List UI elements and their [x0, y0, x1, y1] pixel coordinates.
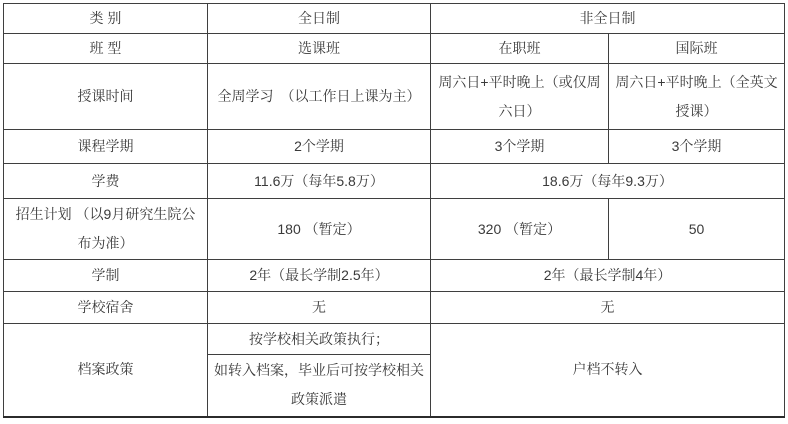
duration-part-time-cell: 2年（最长学制4年） — [431, 260, 785, 292]
dormitory-label: 学校宿舍 — [4, 292, 208, 324]
archives-label: 档案政策 — [4, 324, 208, 417]
category-label: 类 别 — [4, 4, 208, 34]
schedule-international-cell: 周六日+平时晚上（全英文授课） — [609, 64, 785, 130]
schedule-full-time-cell: 全周学习 （以工作日上课为主） — [208, 64, 431, 130]
row-tuition: 学费 11.6万（每年5.8万） 18.6万（每年9.3万） — [4, 164, 785, 199]
enrollment-on-job-cell: 320 （暂定） — [431, 199, 609, 260]
tuition-part-time-cell: 18.6万（每年9.3万） — [431, 164, 785, 199]
row-enrollment: 招生计划 （以9月研究生院公布为准） 180 （暂定） 320 （暂定） 50 — [4, 199, 785, 260]
duration-label: 学制 — [4, 260, 208, 292]
duration-full-time-cell: 2年（最长学制2.5年） — [208, 260, 431, 292]
row-duration: 学制 2年（最长学制2.5年） 2年（最长学制4年） — [4, 260, 785, 292]
semesters-label: 课程学期 — [4, 130, 208, 164]
archives-full-time-policy-2-cell: 如转入档案，毕业后可按学校相关政策派遣 — [208, 355, 431, 417]
class-type-on-job-cell: 在职班 — [431, 34, 609, 64]
class-type-international-cell: 国际班 — [609, 34, 785, 64]
row-class-type: 班 型 选课班 在职班 国际班 — [4, 34, 785, 64]
row-dormitory: 学校宿舍 无 无 — [4, 292, 785, 324]
schedule-label: 授课时间 — [4, 64, 208, 130]
enrollment-full-time-cell: 180 （暂定） — [208, 199, 431, 260]
schedule-on-job-cell: 周六日+平时晚上（或仅周六日） — [431, 64, 609, 130]
category-part-time-cell: 非全日制 — [431, 4, 785, 34]
row-schedule: 授课时间 全周学习 （以工作日上课为主） 周六日+平时晚上（或仅周六日） 周六日… — [4, 64, 785, 130]
class-type-elective-cell: 选课班 — [208, 34, 431, 64]
archives-full-time-policy-1-cell: 按学校相关政策执行； — [208, 324, 431, 355]
archives-part-time-cell: 户档不转入 — [431, 324, 785, 417]
row-category: 类 别 全日制 非全日制 — [4, 4, 785, 34]
enrollment-international-cell: 50 — [609, 199, 785, 260]
row-archives-1: 档案政策 按学校相关政策执行； 户档不转入 — [4, 324, 785, 355]
class-type-label: 班 型 — [4, 34, 208, 64]
program-comparison-table: 类 别 全日制 非全日制 班 型 选课班 在职班 国际班 授课时间 全周学习 （… — [3, 3, 785, 418]
row-semesters: 课程学期 2个学期 3个学期 3个学期 — [4, 130, 785, 164]
dormitory-full-time-cell: 无 — [208, 292, 431, 324]
enrollment-label: 招生计划 （以9月研究生院公布为准） — [4, 199, 208, 260]
semesters-full-time-cell: 2个学期 — [208, 130, 431, 164]
semesters-international-cell: 3个学期 — [609, 130, 785, 164]
semesters-on-job-cell: 3个学期 — [431, 130, 609, 164]
category-full-time-cell: 全日制 — [208, 4, 431, 34]
dormitory-part-time-cell: 无 — [431, 292, 785, 324]
tuition-label: 学费 — [4, 164, 208, 199]
tuition-full-time-cell: 11.6万（每年5.8万） — [208, 164, 431, 199]
